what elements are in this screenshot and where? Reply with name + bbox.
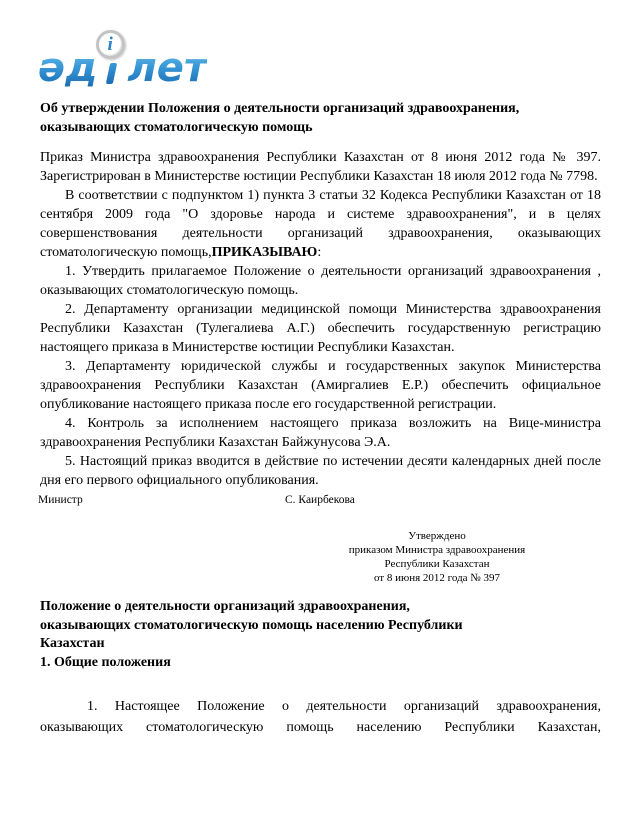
regulation-heading: Положение о деятельности организаций здр… (40, 598, 601, 654)
order-item-3: 3. Департаменту юридической службы и гос… (40, 357, 601, 414)
preamble-tail: : (317, 245, 321, 260)
logo-i-stem (106, 63, 117, 84)
document-title-line: Об утверждении Положения о деятельности … (40, 99, 601, 118)
document-title-line: оказывающих стоматологическую помощь (40, 118, 601, 137)
approval-line: от 8 июня 2012 года № 397 (277, 571, 597, 585)
adilet-logo: әд i лет (38, 33, 601, 87)
signature-role: Министр (38, 494, 83, 506)
signature-row: Министр С. Каирбекова (38, 494, 601, 509)
preamble-paragraph: В соответствии с подпунктом 1) пункта 3 … (40, 186, 601, 262)
logo-text-right: лет (127, 49, 207, 87)
approval-line: Утверждено (277, 529, 597, 543)
magnifier-icon: i (97, 33, 127, 87)
document-meta: Приказ Министра здравоохранения Республи… (40, 148, 601, 186)
signature-name: С. Каирбекова (285, 494, 355, 506)
body-paragraph: 1. Настоящее Положение о деятельности ор… (40, 696, 601, 738)
preamble-emphasis: ПРИКАЗЫВАЮ (212, 245, 318, 260)
regulation-heading-line: Казахстан (40, 635, 601, 654)
order-item-2: 2. Департаменту организации медицинской … (40, 300, 601, 357)
document-page: әд i лет Об утверждении Положения о деят… (0, 0, 640, 738)
order-item-4: 4. Контроль за исполнением настоящего пр… (40, 414, 601, 452)
section-heading: 1. Общие положения (40, 654, 601, 673)
document-title: Об утверждении Положения о деятельности … (40, 99, 601, 137)
order-item-5: 5. Настоящий приказ вводится в действие … (40, 452, 601, 490)
logo-text-left: әд (38, 49, 97, 87)
approval-block: Утверждено приказом Министра здравоохран… (277, 529, 597, 585)
magnifier-letter: i (107, 34, 112, 56)
regulation-heading-line: оказывающих стоматологическую помощь нас… (40, 617, 601, 636)
magnifier-lens: i (96, 30, 125, 59)
approval-line: приказом Министра здравоохранения (277, 543, 597, 557)
approval-line: Республики Казахстан (277, 557, 597, 571)
regulation-heading-line: Положение о деятельности организаций здр… (40, 598, 601, 617)
order-item-1: 1. Утвердить прилагаемое Положение о дея… (40, 262, 601, 300)
